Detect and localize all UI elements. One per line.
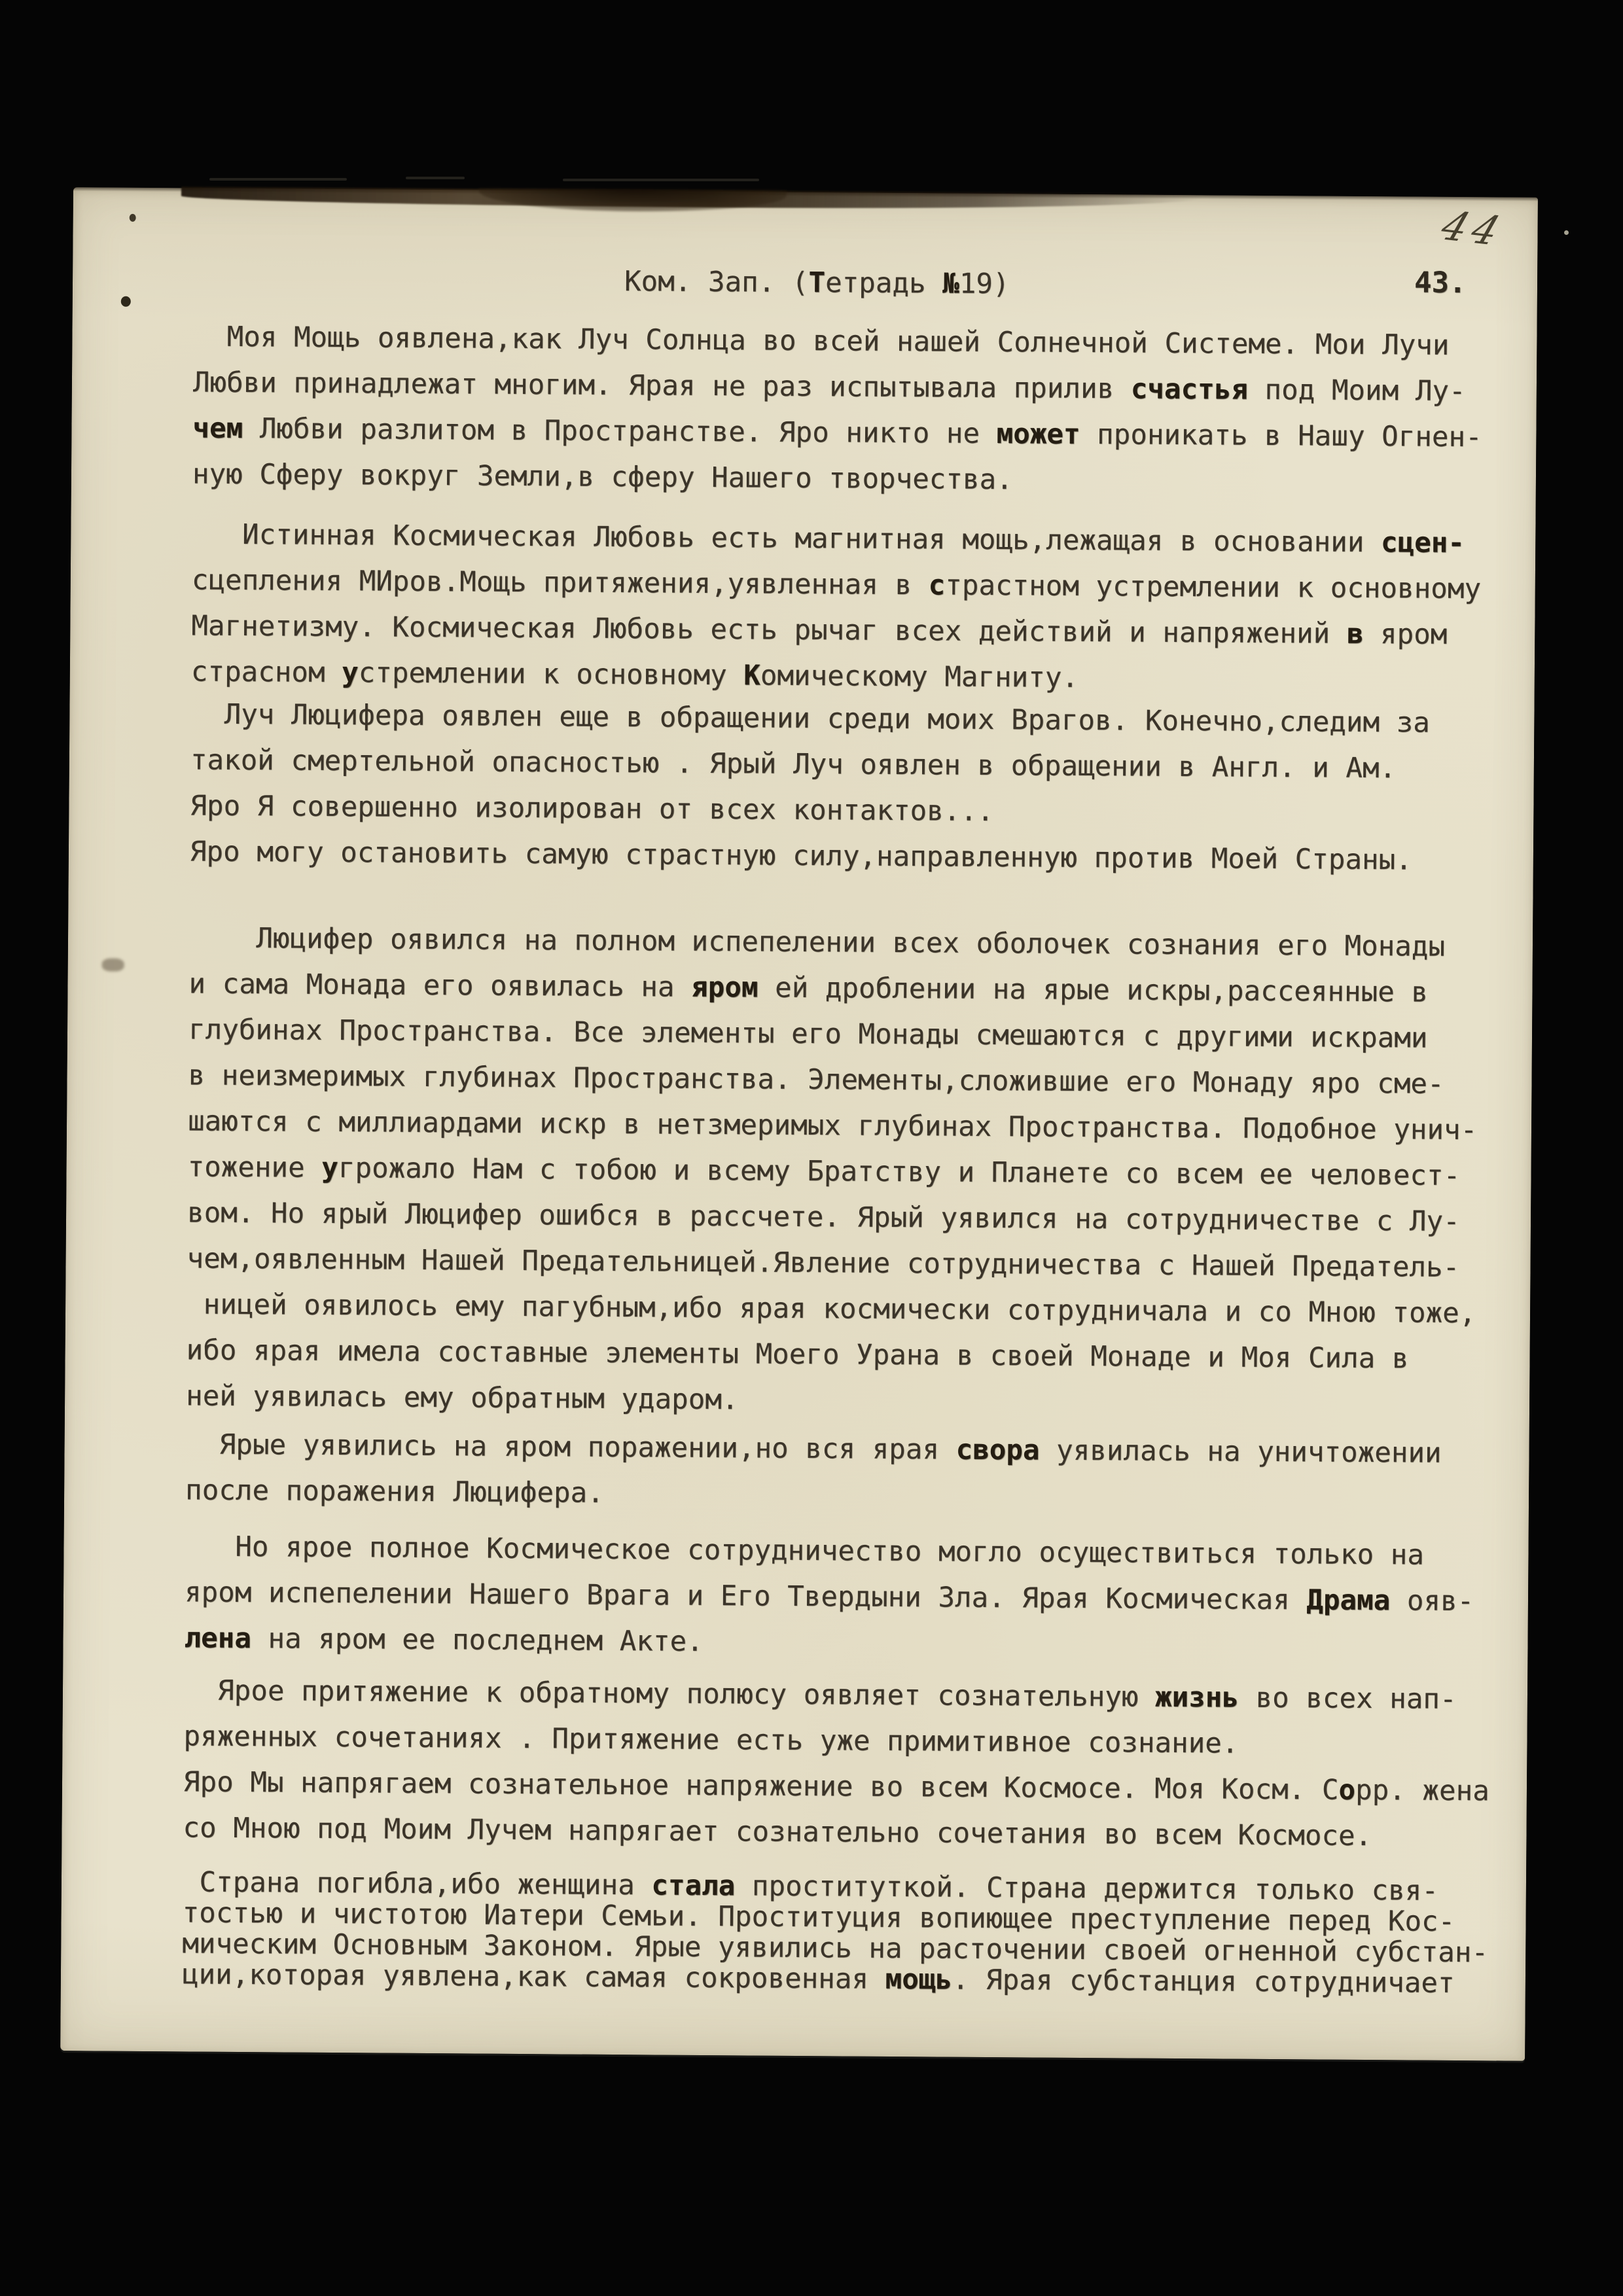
scan-debris-dash — [563, 179, 759, 181]
paragraph: Но ярое полное Космическое сотрудничеств… — [184, 1524, 1533, 1670]
burn-mark-blob — [479, 188, 787, 213]
paragraph: Люцифер оявился на полном испепелении вс… — [186, 915, 1537, 1428]
overtyped-text: счастья — [1131, 373, 1248, 406]
paper-sheet: 44 Ком. Зап. (Тетрадь №19) 43. Моя Мощь … — [60, 187, 1538, 2061]
scanned-document-page: { "colors": { "background": "#050505", "… — [0, 0, 1623, 2296]
notebook-header: Ком. Зап. (Тетрадь №19) — [624, 259, 1213, 309]
overtyped-text: чем — [192, 412, 243, 445]
text-line: со Мною под Моим Лучем напрягает сознате… — [183, 1805, 1531, 1860]
text-line: ную Сферу вокруг Земли,в сферу Нашего тв… — [192, 451, 1541, 506]
text-line: лена на яром ее последнем Акте. — [184, 1616, 1532, 1670]
paragraph: Моя Мощь оявлена,как Луч Солнца во всей … — [192, 314, 1542, 506]
paragraph: Страна погибла,ибо женщина стала простит… — [182, 1867, 1531, 1999]
scan-debris-speck — [1564, 230, 1569, 235]
ink-dot — [121, 296, 131, 307]
overtyped-text: лена — [184, 1622, 251, 1655]
paragraph: Ярое притяжение к обратному полюсу оявля… — [183, 1668, 1532, 1860]
paragraph: Истинная Космическая Любовь есть магнитн… — [191, 512, 1541, 704]
overtyped-text: в — [1347, 618, 1364, 650]
overtyped-text: о — [1338, 1775, 1355, 1807]
scan-debris-dash — [209, 178, 347, 181]
handwritten-page-number: 44 — [1435, 203, 1511, 255]
overtyped-text: К — [743, 660, 760, 692]
text-line: ней уявилась ему обратным ударом. — [186, 1373, 1534, 1428]
overtyped-text: мощь — [885, 1964, 952, 1996]
ink-dot — [130, 214, 136, 222]
overtyped-text: свора — [955, 1434, 1039, 1467]
overtyped-text: может — [996, 418, 1080, 451]
paragraph: Ярые уявились на яром поражении,но вся я… — [185, 1422, 1534, 1523]
overtyped-text: стала — [651, 1869, 735, 1902]
overtyped-text: у — [321, 1152, 338, 1184]
margin-smudge — [102, 959, 124, 972]
overtyped-text: № — [942, 268, 959, 300]
text-line: после поражения Люцифера. — [185, 1468, 1533, 1523]
overtyped-text: у — [342, 657, 359, 689]
overtyped-text: Драма — [1306, 1584, 1390, 1617]
scan-debris-dash — [406, 177, 465, 179]
overtyped-text: Т — [808, 267, 825, 299]
overtyped-text: жизнь — [1155, 1682, 1239, 1714]
overtyped-text: сцен- — [1381, 527, 1465, 559]
typed-page-number: 43. — [1414, 266, 1467, 300]
text-line: Ком. Зап. (Тетрадь №19) — [624, 259, 1213, 309]
paragraph: Луч Люцифера оявлен еще в обращении сред… — [190, 692, 1539, 884]
overtyped-text: яром — [691, 972, 758, 1004]
text-line: Яро могу остановить самую страстную силу… — [190, 829, 1538, 884]
overtyped-text: с — [928, 569, 945, 601]
